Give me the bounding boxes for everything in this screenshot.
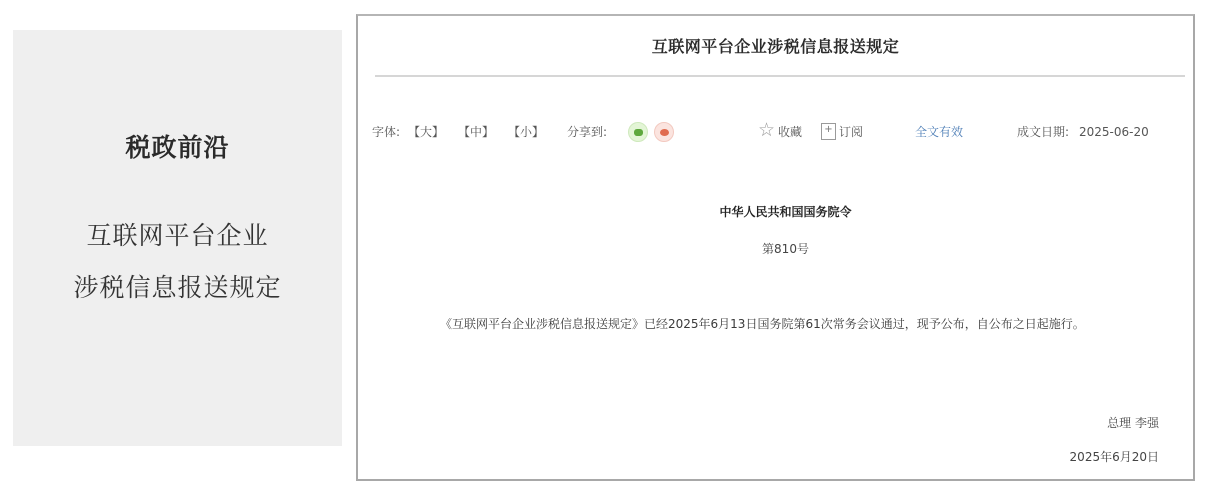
document-frame: 互联网平台企业涉税信息报送规定 字体: 【大】 【中】 【小】 分享到: ☆ 收…: [356, 14, 1195, 481]
subtitle-line-2: 涉税信息报送规定: [13, 262, 342, 314]
subtitle-line-1: 互联网平台企业: [13, 210, 342, 262]
page: 税政前沿 互联网平台企业 涉税信息报送规定 互联网平台企业涉税信息报送规定 字体…: [0, 0, 1206, 494]
category-subtitle: 互联网平台企业 涉税信息报送规定: [13, 210, 342, 314]
decree-number: 第810号: [358, 240, 1193, 257]
signer: 总理 李强: [1107, 414, 1159, 431]
category-card: 税政前沿 互联网平台企业 涉税信息报送规定: [13, 30, 342, 446]
decree-title: 中华人民共和国国务院令: [358, 203, 1193, 220]
category-title: 税政前沿: [13, 128, 342, 164]
decree-paragraph: 《互联网平台企业涉税信息报送规定》已经2025年6月13日国务院第61次常务会议…: [390, 306, 1180, 342]
sign-date: 2025年6月20日: [1070, 448, 1159, 465]
document-body: 中华人民共和国国务院令 第810号 《互联网平台企业涉税信息报送规定》已经202…: [358, 16, 1193, 479]
